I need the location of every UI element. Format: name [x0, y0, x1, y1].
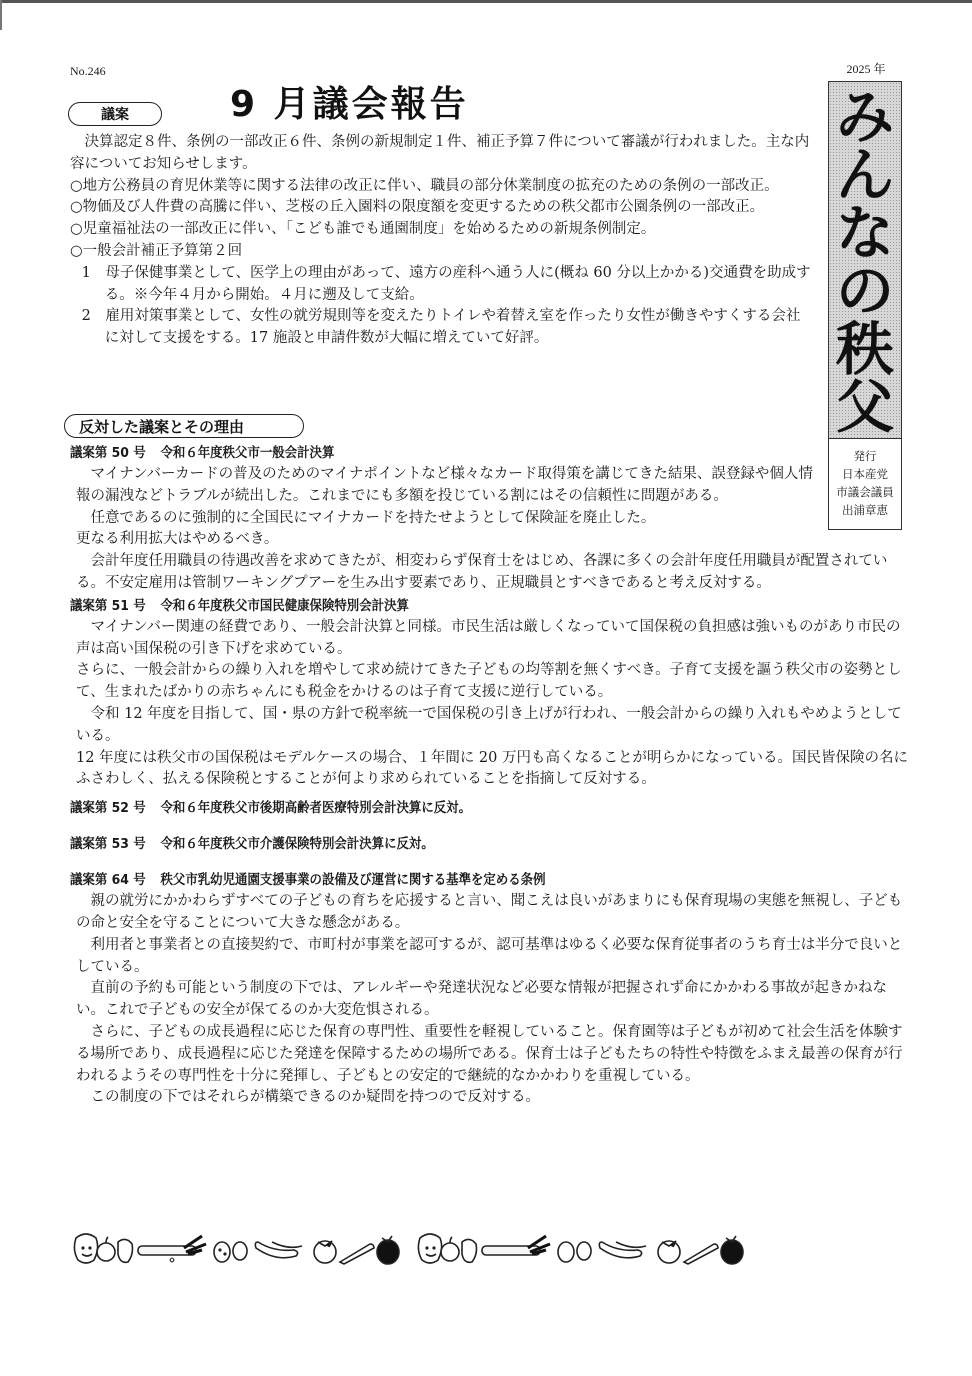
- page-left-edge: [0, 0, 2, 30]
- eggplant-icon: [721, 1236, 743, 1264]
- bills-section: 決算認定８件、条例の一部改正６件、条例の新規制定１件、補正予算７件について審議が…: [70, 132, 812, 350]
- onion-icon: [441, 1237, 459, 1261]
- masthead-char: み: [836, 88, 894, 146]
- bill-body: 親の就労にかかわらずすべての子どもの育ちを応援すると言い、聞こえは良いがあまりに…: [70, 891, 908, 1109]
- tomato-icon: [314, 1241, 336, 1263]
- spacer: [70, 855, 910, 869]
- bill-paragraph: さらに、子どもの成長過程に応じた保育の専門性、重要性を軽視していること。保育園等…: [76, 1022, 908, 1087]
- bill-paragraph: 任意であるのに強制的に全国民にマイナカードを持たせようとして保険証を廃止した。: [76, 508, 818, 530]
- bill-paragraph: 更なる利用拡大はやめるべき。: [76, 529, 818, 551]
- issue-number: No.246: [70, 64, 106, 79]
- masthead-char: な: [836, 204, 894, 262]
- masthead-char: ん: [836, 146, 894, 204]
- bell-pepper-icon: [418, 1234, 441, 1263]
- carrot-icon: [684, 1244, 718, 1264]
- masthead-char: の: [836, 262, 894, 320]
- bill-body: マイナンバー関連の経費であり、一般会計決算と同様。市民生活は厳しくなっていて国保…: [70, 617, 908, 791]
- pepper-icon: [462, 1239, 477, 1262]
- masthead-year: 2025 年: [826, 60, 906, 77]
- leek-icon: [482, 1236, 550, 1255]
- bill-number: 議案第 51 号: [70, 598, 146, 614]
- bill-item: ○一般会計補正予算第２回: [70, 241, 812, 263]
- bill-paragraph: 会計年度任用職員の待遇改善を求めてきたが、相変わらず保育士をはじめ、各課に多くの…: [76, 551, 908, 595]
- bill-body: マイナンバーカードの普及のためのマイナポイントなど様々なカード取得策を講じてきた…: [70, 464, 818, 551]
- bill-paragraph: 親の就労にかかわらずすべての子どもの育ちを応援すると言い、聞こえは良いがあまりに…: [76, 891, 908, 935]
- bills-intro: 決算認定８件、条例の一部改正６件、条例の新規制定１件、補正予算７件について審議が…: [70, 132, 812, 176]
- page-top-edge: [0, 0, 972, 3]
- tomato-icon: [658, 1241, 680, 1263]
- spacer: [70, 819, 910, 833]
- potato-icon: [558, 1242, 591, 1262]
- bill-body: 会計年度任用職員の待遇改善を求めてきたが、相変わらず保育士をはじめ、各課に多くの…: [70, 551, 908, 595]
- cucumber-icon: [599, 1242, 646, 1258]
- budget-sub-item: 1 母子保健事業として、医学上の理由があって、遠方の産科へ通う人に(概ね 60 …: [70, 263, 812, 307]
- bell-pepper-icon: [74, 1234, 97, 1263]
- bill-title: 秩父市乳幼児通園支援事業の設備及び運営に関する基準を定める条例: [161, 872, 546, 888]
- bill-paragraph: マイナンバー関連の経費であり、一般会計決算と同様。市民生活は厳しくなっていて国保…: [76, 617, 908, 661]
- vegetable-border-art: [72, 1224, 908, 1268]
- opposed-bills: 議案第 50 号令和６年度秩父市一般会計決算 マイナンバーカードの普及のためのマ…: [70, 442, 910, 1109]
- bill-item: ○物価及び人件費の高騰に伴い、芝桜の丘入園料の限度額を変更するための秩父都市公園…: [70, 197, 812, 219]
- bill-number: 議案第 64 号: [70, 872, 146, 888]
- opposed-section-label: 反対した議案とその理由: [64, 414, 304, 438]
- bill-title: 令和６年度秩父市後期高齢者医療特別会計決算に反対。: [161, 800, 472, 816]
- page-title: 9 月議会報告: [230, 76, 469, 127]
- bill-paragraph: 直前の予約も可能という制度の下では、アレルギーや発達状況など必要な情報が把握され…: [76, 978, 908, 1022]
- opposed-bill-64: 議案第 64 号秩父市乳幼児通園支援事業の設備及び運営に関する基準を定める条例 …: [70, 869, 910, 1109]
- bill-paragraph: 12 年度には秩父市の国保税はモデルケースの場合、１年間に 20 万円も高くなる…: [76, 748, 908, 792]
- bill-number: 議案第 50 号: [70, 445, 146, 461]
- potato-icon: [214, 1242, 247, 1262]
- onion-icon: [97, 1237, 115, 1261]
- bill-heading: 議案第 64 号秩父市乳幼児通園支援事業の設備及び運営に関する基準を定める条例: [70, 869, 843, 891]
- budget-sub-item: 2 雇用対策事業として、女性の就労規則等を変えたりトイレや着替え室を作ったり女性…: [70, 306, 812, 350]
- opposed-bill-50: 議案第 50 号令和６年度秩父市一般会計決算 マイナンバーカードの普及のためのマ…: [70, 442, 910, 595]
- bill-heading: 議案第 53 号令和６年度秩父市介護保険特別会計決算に反対。: [70, 833, 843, 855]
- cucumber-icon: [255, 1242, 302, 1258]
- bill-title: 令和６年度秩父市国民健康保険特別会計決算: [161, 598, 409, 614]
- eggplant-icon: [377, 1236, 399, 1264]
- bill-title: 令和６年度秩父市一般会計決算: [161, 445, 335, 461]
- bill-heading: 議案第 50 号令和６年度秩父市一般会計決算: [70, 442, 843, 464]
- opposed-bill-53: 議案第 53 号令和６年度秩父市介護保険特別会計決算に反対。: [70, 833, 910, 855]
- bill-number: 議案第 52 号: [70, 800, 146, 816]
- bill-paragraph: この制度の下ではそれらが構築できるのか疑問を持つので反対する。: [76, 1087, 908, 1109]
- pepper-icon: [118, 1239, 133, 1262]
- masthead-char: 父: [836, 378, 894, 436]
- masthead-title: み ん な の 秩 父: [828, 81, 902, 439]
- bills-section-label: 議案: [68, 102, 162, 126]
- bill-paragraph: 利用者と事業者との直接契約で、市町村が事業を認可するが、認可基準はゆるく必要な保…: [76, 935, 908, 979]
- opposed-bill-51: 議案第 51 号令和６年度秩父市国民健康保険特別会計決算 マイナンバー関連の経費…: [70, 595, 910, 791]
- bill-number: 議案第 53 号: [70, 836, 146, 852]
- bill-paragraph: 令和 12 年度を目指して、国・県の方針で税率統一で国保税の引き上げが行われ、一…: [76, 704, 908, 748]
- bill-item: ○地方公務員の育児休業等に関する法律の改正に伴い、職員の部分休業制度の拡充のため…: [70, 176, 812, 198]
- opposed-bill-52: 議案第 52 号令和６年度秩父市後期高齢者医療特別会計決算に反対。: [70, 797, 910, 819]
- bill-heading: 議案第 51 号令和６年度秩父市国民健康保険特別会計決算: [70, 595, 843, 617]
- vegetable-border: [72, 1224, 908, 1268]
- leek-icon: [138, 1236, 206, 1262]
- bill-title: 令和６年度秩父市介護保険特別会計決算に反対。: [161, 836, 434, 852]
- carrot-icon: [340, 1244, 374, 1264]
- bill-paragraph: マイナンバーカードの普及のためのマイナポイントなど様々なカード取得策を講じてきた…: [76, 464, 818, 508]
- masthead-char: 秩: [836, 320, 894, 378]
- bill-heading: 議案第 52 号令和６年度秩父市後期高齢者医療特別会計決算に反対。: [70, 797, 843, 819]
- bill-paragraph: さらに、一般会計からの繰り入れを増やして求め続けてきた子どもの均等割を無くすべき…: [76, 660, 908, 704]
- bill-item: ○児童福祉法の一部改正に伴い、「こども誰でも通園制度」を始めるための新規条例制定…: [70, 219, 812, 241]
